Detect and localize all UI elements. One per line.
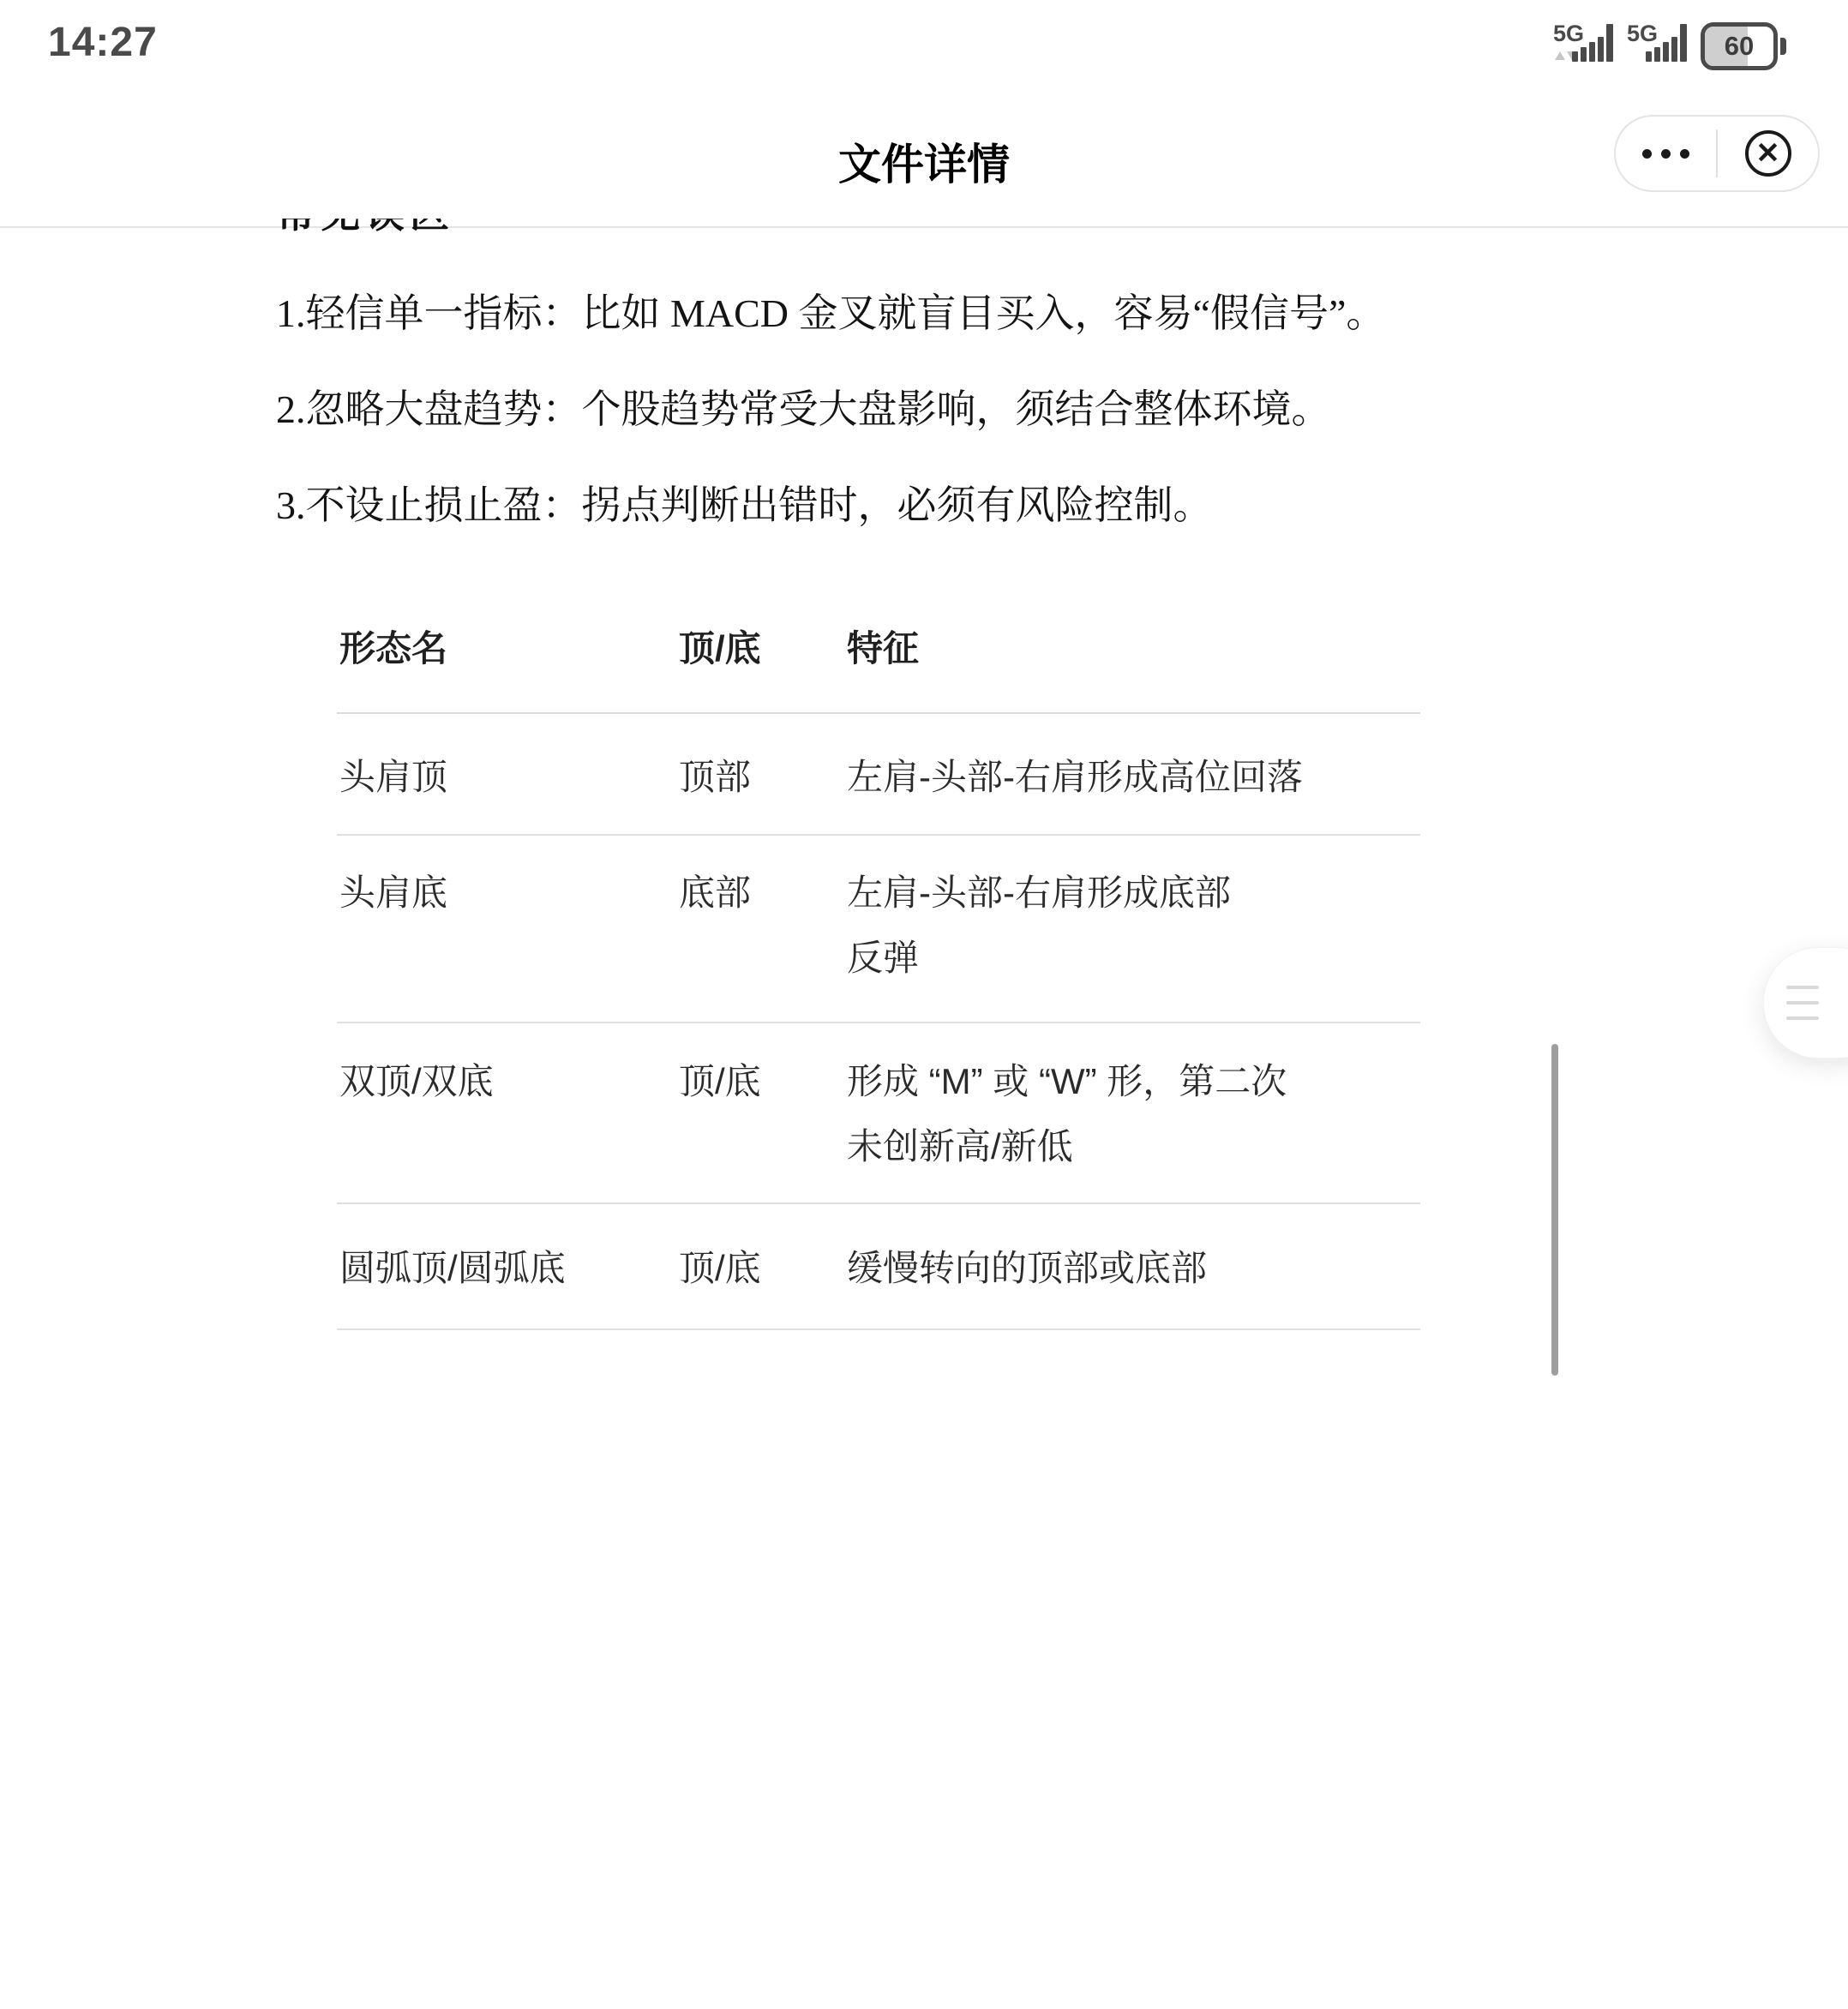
table-row-cell-name: 圆弧顶/圆弧底	[339, 1248, 566, 1289]
miniprogram-capsule: ✕	[1614, 115, 1820, 192]
table-divider	[337, 1202, 1420, 1204]
clipped-section-heading: 常见误区	[276, 219, 454, 239]
table-row-cell-feature: 左肩-头部-右肩形成高位回落	[847, 757, 1303, 798]
table-row-cell-name: 头肩底	[339, 873, 447, 914]
signal-icon-sim1: 5G	[1553, 22, 1613, 63]
list-item: 1.轻信单一指标：比如 MACD 金叉就盲目买入，容易“假信号”。	[276, 291, 1385, 336]
table-row-cell-feature: 形成 “M” 或 “W” 形，第二次 未创新高/新低	[847, 1061, 1287, 1167]
more-icon	[1642, 149, 1689, 159]
more-button[interactable]	[1616, 117, 1716, 190]
battery-nub	[1780, 38, 1786, 55]
table-row-cell-feature: 左肩-头部-右肩形成底部 反弹	[847, 873, 1231, 979]
signal-bars-icon-sim1	[1572, 24, 1613, 62]
table-row-cell-top-bottom: 底部	[679, 873, 751, 914]
table-divider	[337, 712, 1420, 714]
table-row-cell-feature: 缓慢转向的顶部或底部	[847, 1248, 1207, 1289]
table-header-pattern-name: 形态名	[339, 628, 447, 669]
table-row-cell-name: 头肩顶	[339, 757, 447, 798]
status-time: 14:27	[48, 19, 158, 66]
battery-body: 60	[1701, 22, 1778, 70]
table-header-feature: 特征	[847, 628, 919, 669]
table-row-cell-top-bottom: 顶/底	[679, 1061, 761, 1102]
table-divider	[337, 1328, 1420, 1330]
battery-percent-label: 60	[1705, 27, 1773, 66]
table-row-cell-name: 双顶/双底	[339, 1061, 494, 1102]
file-detail-screen: 14:27 5G 5G 60 文件详情 ✕	[0, 0, 1848, 2009]
table-header-top-bottom: 顶/底	[679, 628, 761, 669]
table-divider	[337, 1022, 1420, 1023]
close-button[interactable]: ✕	[1718, 117, 1818, 190]
page-title: 文件详情	[0, 130, 1848, 192]
table-divider	[337, 834, 1420, 836]
section-heading-text: 常见误区	[276, 219, 454, 234]
outline-menu-button[interactable]	[1763, 947, 1848, 1058]
signal-icon-sim2: 5G	[1627, 22, 1687, 63]
battery-icon: 60	[1701, 22, 1786, 70]
list-item: 2.忽略大盘趋势：个股趋势常受大盘影响，须结合整体环境。	[276, 387, 1331, 432]
table-row-cell-top-bottom: 顶部	[679, 757, 751, 798]
list-item: 3.不设止损止盈：拐点判断出错时，必须有风险控制。	[276, 483, 1213, 528]
signal-bars-icon-sim2	[1646, 24, 1687, 62]
close-icon: ✕	[1745, 130, 1791, 177]
hamburger-icon	[1786, 986, 1819, 1020]
scrollbar-thumb[interactable]	[1551, 1044, 1558, 1376]
status-icons: 5G 5G 60	[1553, 22, 1786, 70]
table-row-cell-top-bottom: 顶/底	[679, 1248, 761, 1289]
